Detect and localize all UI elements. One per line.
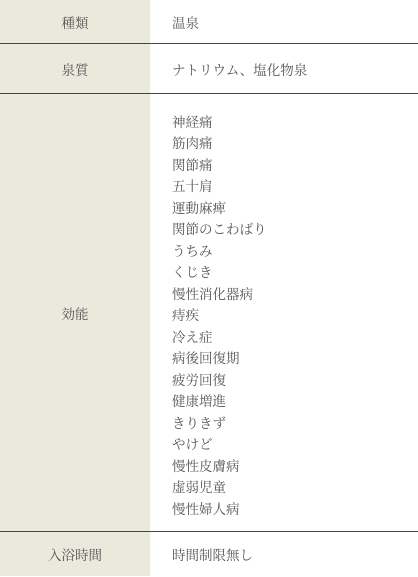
row-value: 時間制限無し (150, 532, 418, 577)
row-label: 入浴時間 (0, 532, 150, 577)
list-item: くじき (172, 263, 418, 285)
list-item: 神経痛 (172, 113, 418, 135)
list-item: 五十肩 (172, 177, 418, 199)
row-bathing-hours: 入浴時間 時間制限無し (0, 532, 418, 577)
row-effects: 効能 神経痛 筋肉痛 関節痛 五十肩 運動麻痺 関節のこわばり うちみ くじき … (0, 94, 418, 532)
list-item: 関節痛 (172, 156, 418, 178)
list-item: 慢性皮膚病 (172, 457, 418, 479)
row-spring-quality: 泉質 ナトリウム、塩化物泉 (0, 44, 418, 94)
row-label: 種類 (0, 0, 150, 44)
list-item: やけど (172, 435, 418, 457)
list-item: 冷え症 (172, 328, 418, 350)
list-item: 虚弱児童 (172, 478, 418, 500)
onsen-info-table: 種類 温泉 泉質 ナトリウム、塩化物泉 効能 神経痛 筋肉痛 関節痛 五十肩 運… (0, 0, 418, 576)
row-value: ナトリウム、塩化物泉 (150, 44, 418, 94)
list-item: うちみ (172, 242, 418, 264)
list-item: 疲労回復 (172, 371, 418, 393)
list-item: 慢性婦人病 (172, 500, 418, 522)
list-item: 筋肉痛 (172, 134, 418, 156)
list-item: 運動麻痺 (172, 199, 418, 221)
list-item: 関節のこわばり (172, 220, 418, 242)
row-value: 温泉 (150, 0, 418, 44)
list-item: 健康増進 (172, 392, 418, 414)
list-item: 慢性消化器病 (172, 285, 418, 307)
row-label: 効能 (0, 94, 150, 532)
list-item: 痔疾 (172, 306, 418, 328)
row-value: 神経痛 筋肉痛 関節痛 五十肩 運動麻痺 関節のこわばり うちみ くじき 慢性消… (150, 94, 418, 532)
list-item: 病後回復期 (172, 349, 418, 371)
row-label: 泉質 (0, 44, 150, 94)
list-item: きりきず (172, 414, 418, 436)
row-type: 種類 温泉 (0, 0, 418, 44)
effects-list: 神経痛 筋肉痛 関節痛 五十肩 運動麻痺 関節のこわばり うちみ くじき 慢性消… (172, 104, 418, 522)
